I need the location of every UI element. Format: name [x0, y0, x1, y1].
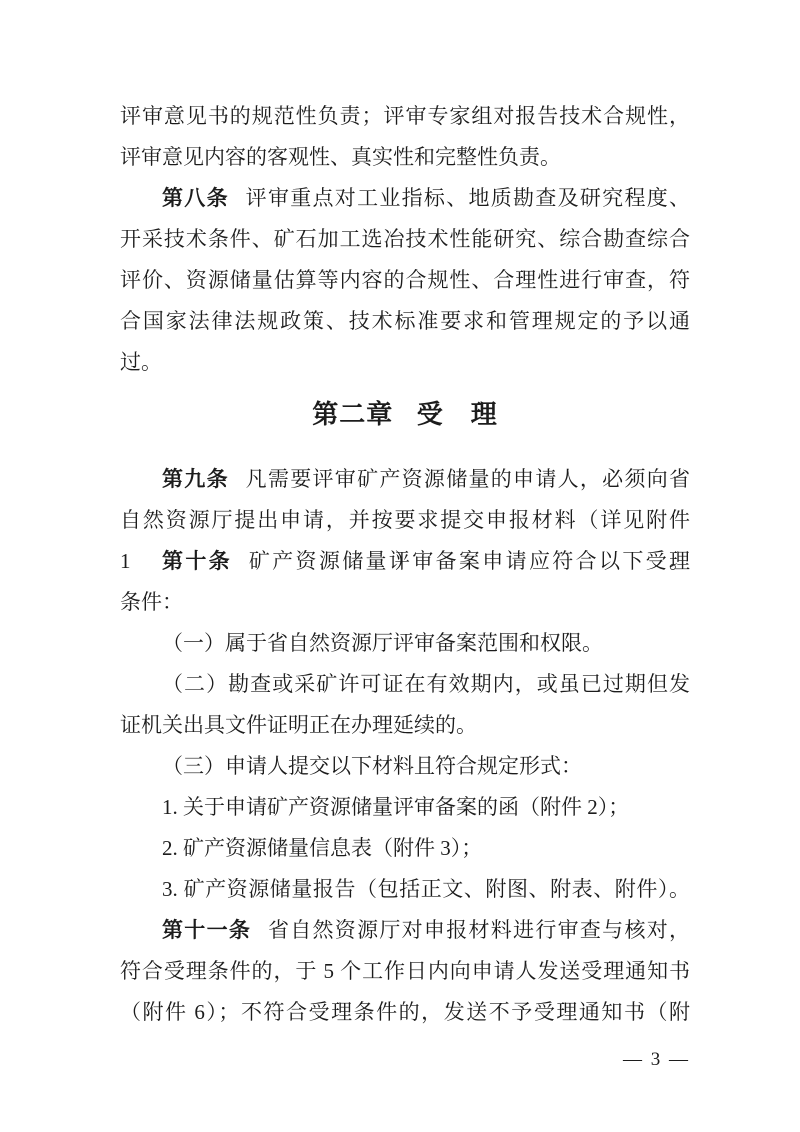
line-text: 符合受理条件的，于 5 个工作日内向申请人发送受理通知书	[120, 959, 690, 983]
line-text: 矿产资源储量评审备案申请应符合以下受理	[249, 549, 690, 573]
line-text: （二）勘查或采矿许可证在有效期内，或虽已过期但发	[162, 672, 690, 696]
page-number: — 3 —	[623, 1048, 690, 1072]
text-line: （三）申请人提交以下材料且符合规定形式：	[120, 746, 690, 787]
line-text: 证机关出具文件证明正在办理延续的。	[120, 713, 477, 737]
line-text: 凡需要评审矿产资源储量的申请人，必须向省	[246, 467, 690, 491]
text-line: 第九条凡需要评审矿产资源储量的申请人，必须向省	[120, 459, 690, 500]
text-line: 评价、资源储量估算等内容的合规性、合理性进行审查，符	[120, 260, 690, 301]
line-text: 2. 矿产资源储量信息表（附件 3）；	[162, 836, 482, 860]
text-line: （二）勘查或采矿许可证在有效期内，或虽已过期但发	[120, 664, 690, 705]
text-line: 自然资源厅提出申请，并按要求提交申报材料（详见附件 1）。	[120, 500, 690, 541]
text-line: 第十一条省自然资源厅对申报材料进行审查与核对，	[120, 910, 690, 951]
article-number: 第十一条	[162, 919, 251, 942]
text-line: 条件：	[120, 582, 690, 623]
line-text: 评审意见书的规范性负责；评审专家组对报告技术合规性，	[120, 104, 690, 128]
text-line: 第十条矿产资源储量评审备案申请应符合以下受理	[120, 541, 690, 582]
line-text: 评审重点对工业指标、地质勘查及研究程度、	[246, 186, 690, 210]
text-line: 符合受理条件的，于 5 个工作日内向申请人发送受理通知书	[120, 951, 690, 992]
text-line: 合国家法律法规政策、技术标准要求和管理规定的予以通	[120, 301, 690, 342]
article-number: 第十条	[162, 550, 232, 573]
text-line: 第八条评审重点对工业指标、地质勘查及研究程度、	[120, 178, 690, 219]
document-body: 评审意见书的规范性负责；评审专家组对报告技术合规性，评审意见内容的客观性、真实性…	[120, 96, 690, 1033]
text-line: （一）属于省自然资源厅评审备案范围和权限。	[120, 623, 690, 664]
line-text: 评价、资源储量估算等内容的合规性、合理性进行审查，符	[120, 268, 690, 292]
text-line: 过。	[120, 342, 690, 383]
line-text: 省自然资源厅对申报材料进行审查与核对，	[268, 918, 690, 942]
line-text: 1. 关于申请矿产资源储量评审备案的函（附件 2）；	[162, 795, 629, 819]
text-line: 3. 矿产资源储量报告（包括正文、附图、附表、附件）。	[120, 869, 690, 910]
text-line: 开采技术条件、矿石加工选冶技术性能研究、综合勘查综合	[120, 219, 690, 260]
chapter-title: 受 理	[417, 399, 498, 429]
line-text: 评审意见内容的客观性、真实性和完整性负责。	[120, 145, 561, 169]
article-number: 第九条	[162, 468, 229, 491]
chapter-number: 第二章	[312, 399, 393, 429]
line-text: 合国家法律法规政策、技术标准要求和管理规定的予以通	[120, 309, 690, 333]
article-number: 第八条	[162, 187, 229, 210]
text-line: （附件 6）；不符合受理条件的，发送不予受理通知书（附	[120, 992, 690, 1033]
text-line: 2. 矿产资源储量信息表（附件 3）；	[120, 828, 690, 869]
line-text: （三）申请人提交以下材料且符合规定形式：	[162, 754, 582, 778]
line-text: （一）属于省自然资源厅评审备案范围和权限。	[162, 631, 603, 655]
line-text: 条件：	[120, 590, 183, 614]
document-page: 评审意见书的规范性负责；评审专家组对报告技术合规性，评审意见内容的客观性、真实性…	[0, 0, 800, 1132]
line-text: 开采技术条件、矿石加工选冶技术性能研究、综合勘查综合	[120, 227, 690, 251]
line-text: 过。	[120, 350, 162, 374]
chapter-heading: 第二章受 理	[120, 394, 690, 435]
line-text: （附件 6）；不符合受理条件的，发送不予受理通知书（附	[120, 1000, 690, 1024]
text-line: 证机关出具文件证明正在办理延续的。	[120, 705, 690, 746]
text-line: 评审意见内容的客观性、真实性和完整性负责。	[120, 137, 690, 178]
text-line: 评审意见书的规范性负责；评审专家组对报告技术合规性，	[120, 96, 690, 137]
text-line: 1. 关于申请矿产资源储量评审备案的函（附件 2）；	[120, 787, 690, 828]
line-text: 3. 矿产资源储量报告（包括正文、附图、附表、附件）。	[162, 877, 690, 901]
